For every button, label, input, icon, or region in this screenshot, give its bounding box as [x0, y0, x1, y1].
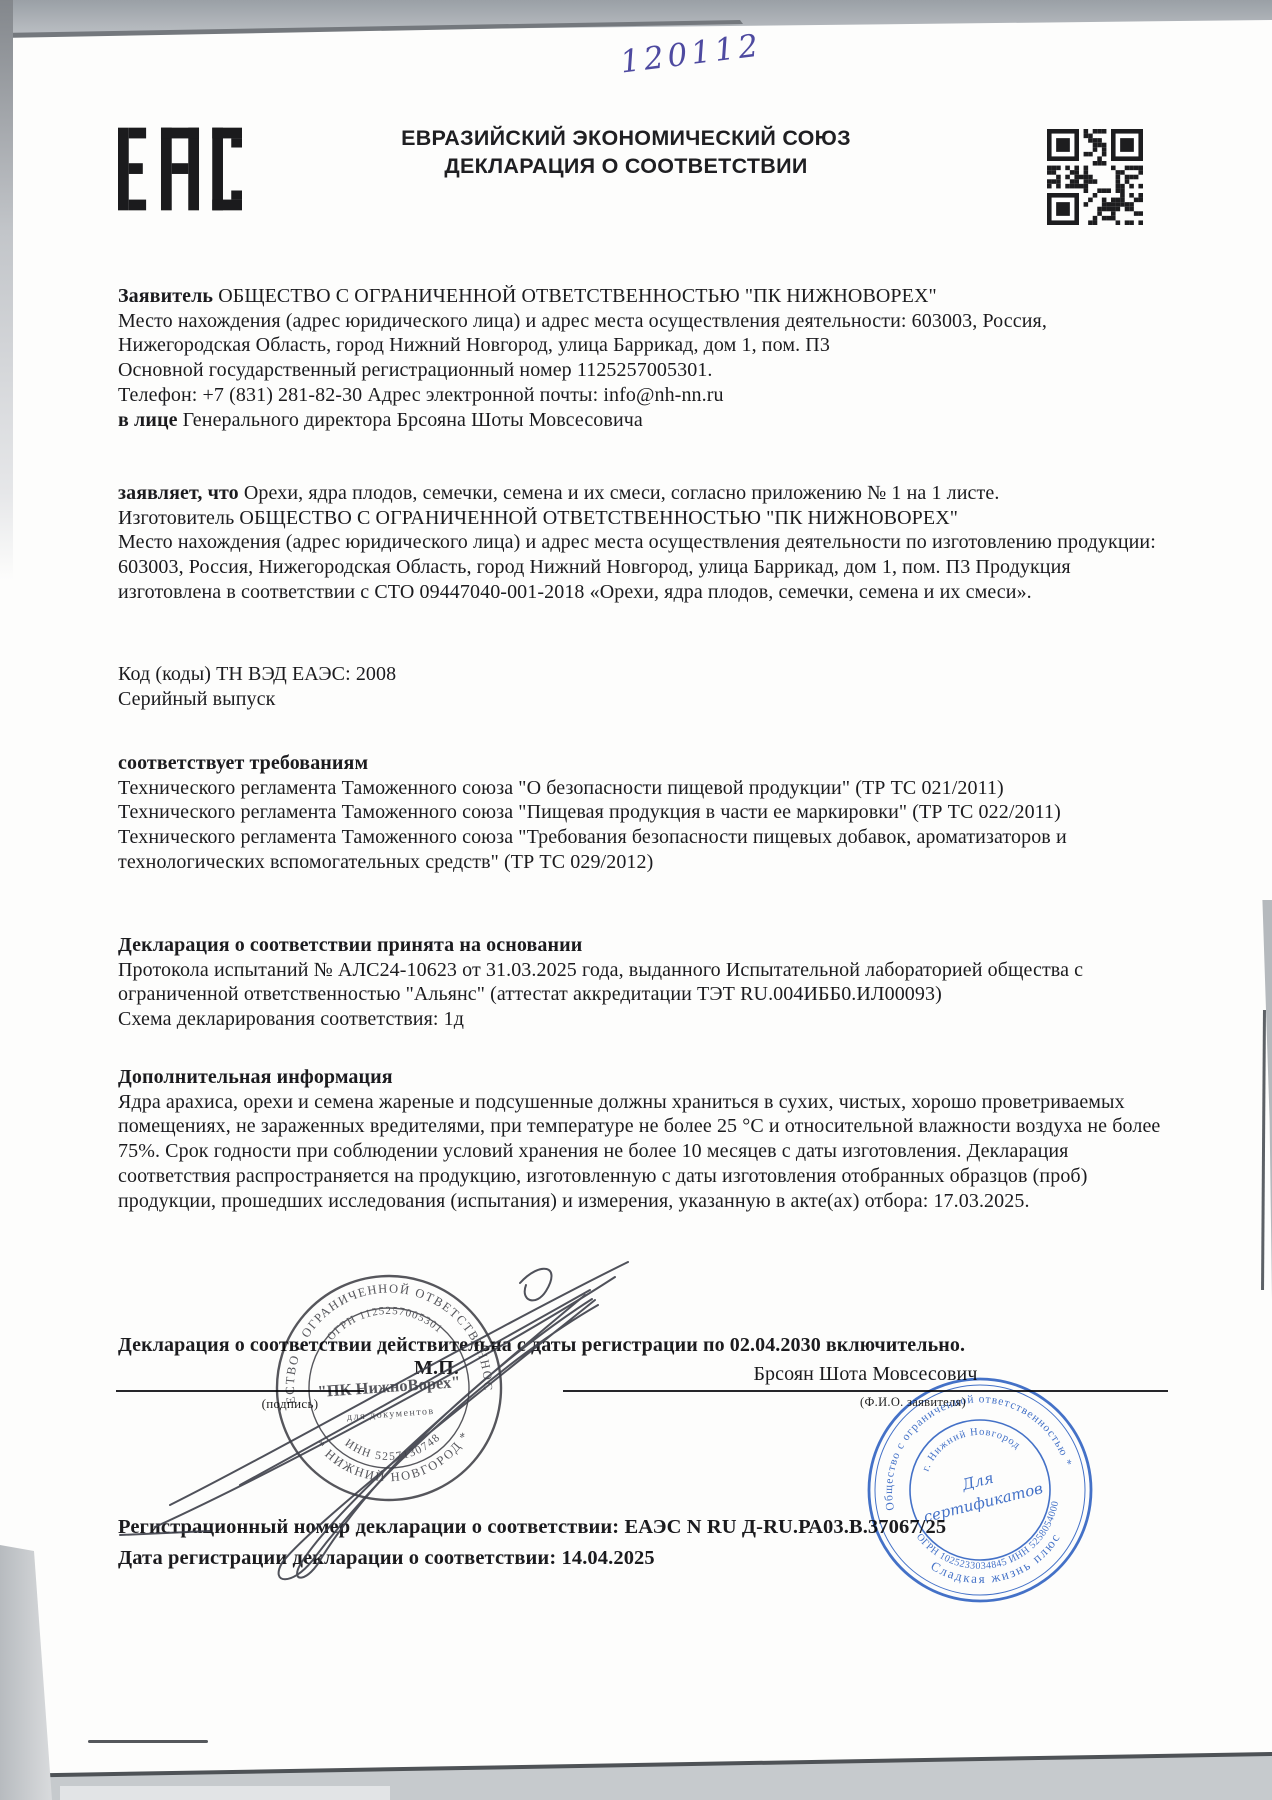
basis-text: Протокола испытаний № АЛС24-10623 от 31.…: [118, 958, 1172, 1007]
blue-stamp-center-line1: Для: [959, 1469, 995, 1494]
applicant-name: ОБЩЕСТВО С ОГРАНИЧЕННОЙ ОТВЕТСТВЕННОСТЬЮ…: [218, 285, 937, 307]
applicant-ogrn: Основной государственный регистрационный…: [118, 358, 1170, 383]
scan-edge-bottom-line: [0, 1752, 1272, 1782]
declares-line: заявляет, что Орехи, ядра плодов, семечк…: [118, 481, 1172, 506]
basis-scheme: Схема декларирования соответствия: 1д: [118, 1007, 1172, 1032]
scan-edge-top-line: [0, 0, 1272, 45]
declares-label: заявляет, что: [118, 482, 244, 504]
compliance-item: Технического регламента Таможенного союз…: [118, 800, 1172, 825]
tnved-code-line: Код (коды) ТН ВЭД ЕАЭС: 2008: [118, 662, 1170, 687]
scan-bottom-page-under: [60, 1786, 390, 1800]
qr-code-icon: [1047, 129, 1143, 230]
title-line-declaration: ДЕКЛАРАЦИЯ О СООТВЕТСТВИИ: [326, 152, 926, 180]
basis-section: Декларация о соответствии принята на осн…: [118, 933, 1172, 1032]
compliance-label: соответствует требованиям: [118, 751, 1172, 776]
compliance-item: Технического регламента Таможенного союз…: [118, 825, 1172, 874]
declaration-document: 120112 ЕВРАЗИЙСКИЙ ЭКОНОМИЧЕСКИЙ СОЮЗ ДЕ…: [0, 0, 1272, 1800]
title-line-union: ЕВРАЗИЙСКИЙ ЭКОНОМИЧЕСКИЙ СОЮЗ: [326, 124, 926, 152]
scan-edge-left-bottom: [0, 1545, 52, 1800]
applicant-phone: Телефон: +7 (831) 281-82-30 Адрес электр…: [118, 383, 1170, 408]
compliance-section: соответствует требованиям Технического р…: [118, 751, 1172, 875]
scan-edge-top: [0, 0, 1272, 45]
applicant-address: Место нахождения (адрес юридического лиц…: [118, 309, 1170, 358]
compliance-item: Технического регламента Таможенного союз…: [118, 776, 1172, 801]
scan-stray-mark: [88, 1740, 208, 1743]
eac-logo-icon: [118, 118, 242, 225]
scan-edge-left: [0, 0, 13, 580]
certificates-round-stamp: Общество с ограниченной ответственностью…: [862, 1372, 1098, 1613]
handwritten-number: 120112: [618, 27, 764, 80]
manufacturer-address: Место нахождения (адрес юридического лиц…: [118, 530, 1172, 604]
in-person-label: в лице: [118, 409, 183, 431]
applicant-label: Заявитель: [118, 285, 218, 307]
scan-edge-bottom: [0, 1752, 1272, 1800]
applicant-person-line: в лице Генерального директора Брсояна Шо…: [118, 408, 1170, 433]
basis-label: Декларация о соответствии принята на осн…: [118, 933, 1172, 958]
manufacturer-line: Изготовитель ОБЩЕСТВО С ОГРАНИЧЕННОЙ ОТВ…: [118, 506, 1172, 531]
additional-section: Дополнительная информация Ядра арахиса, …: [118, 1065, 1176, 1213]
additional-text: Ядра арахиса, орехи и семена жареные и п…: [118, 1090, 1176, 1214]
declares-section: заявляет, что Орехи, ядра плодов, семечк…: [118, 481, 1172, 605]
scan-edge-right: [1256, 900, 1272, 1300]
applicant-line: Заявитель ОБЩЕСТВО С ОГРАНИЧЕННОЙ ОТВЕТС…: [118, 284, 1170, 309]
document-title: ЕВРАЗИЙСКИЙ ЭКОНОМИЧЕСКИЙ СОЮЗ ДЕКЛАРАЦИ…: [326, 124, 926, 180]
applicant-section: Заявитель ОБЩЕСТВО С ОГРАНИЧЕННОЙ ОТВЕТС…: [118, 284, 1170, 432]
code-section: Код (коды) ТН ВЭД ЕАЭС: 2008 Серийный вы…: [118, 662, 1170, 711]
in-person-name: Генерального директора Брсояна Шоты Мовс…: [183, 409, 643, 431]
serial-line: Серийный выпуск: [118, 687, 1170, 712]
scan-edge-right-line: [1261, 1010, 1266, 1290]
declares-product: Орехи, ядра плодов, семечки, семена и их…: [244, 482, 1000, 504]
handwritten-signature: [90, 1235, 650, 1600]
additional-label: Дополнительная информация: [118, 1065, 1176, 1090]
